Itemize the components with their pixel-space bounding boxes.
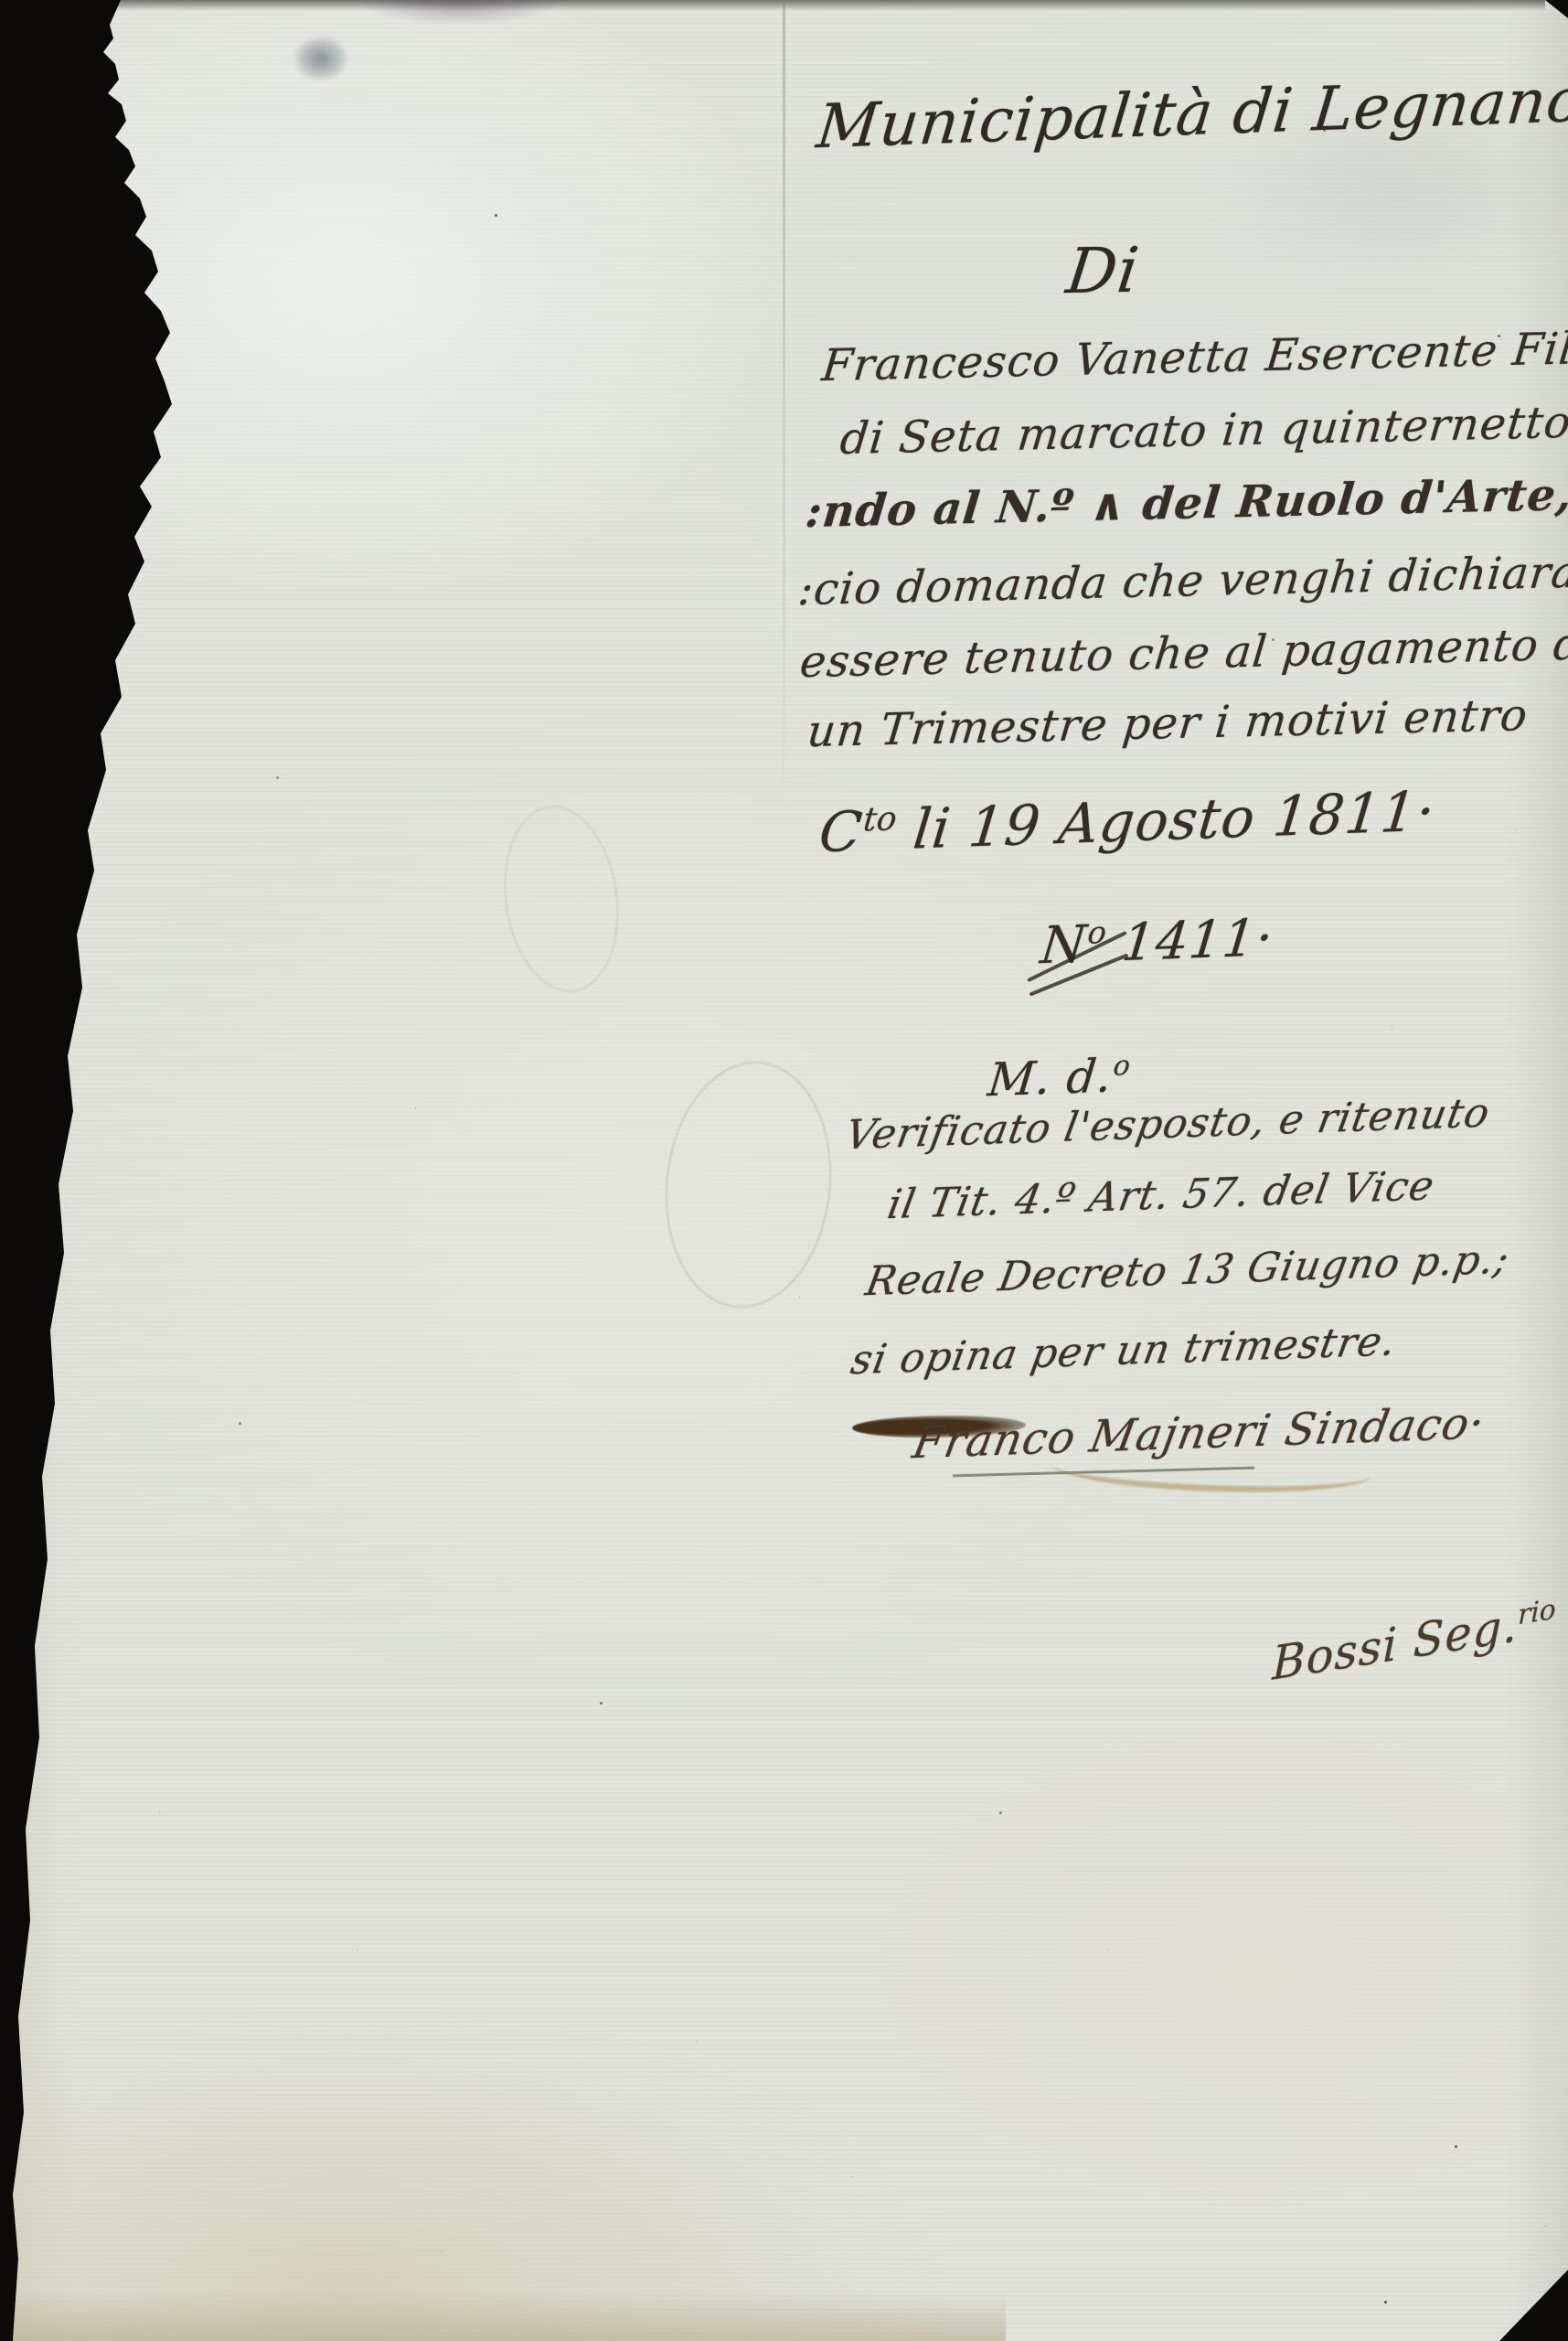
dateline-date: li 19 Agosto 1811· <box>892 779 1439 862</box>
petition-line-1: Francesco Vanetta Esercente Filanda <box>819 321 1568 392</box>
manuscript-photo: { "palette": { "background": "#0b0a08", … <box>0 0 1568 2341</box>
paper-specks <box>0 0 5 5</box>
document-title: Municipalità di Legnano <box>814 65 1568 163</box>
secretary-name: Bossi Seg. <box>1272 1598 1518 1690</box>
petition-line-3: :ndo al N.º ∧ del Ruolo d'Arte, e Commer… <box>803 463 1568 538</box>
paper-sheet: Municipalità di Legnano Di Francesco Van… <box>0 0 1568 2341</box>
protocol-n: N <box>1038 914 1090 976</box>
torn-top-edge-shading <box>117 0 1545 11</box>
dateline-place: C <box>816 799 866 865</box>
blue-ink-smudge <box>294 37 347 80</box>
paper-watermark-small <box>492 797 630 999</box>
document-subtitle-di: Di <box>1062 235 1143 309</box>
petition-line-4: :cio domanda che venghi dichiarato non <box>795 543 1568 615</box>
opinion-line-2: il Tit. 4.º Art. 57. del Vice <box>884 1162 1438 1228</box>
petition-line-6: un Trimestre per i motivi entro <box>805 689 1530 757</box>
secretary-superscript: rio <box>1518 1593 1556 1631</box>
secretary-signature: Bossi Seg.rio <box>1272 1592 1556 1691</box>
top-edge-ink-smudge <box>364 0 556 24</box>
opinion-line-1: Verificato l'esposto, e ritenuto <box>842 1089 1494 1159</box>
annotation-superscript: o <box>1112 1050 1132 1083</box>
annotation-base: M. d. <box>986 1049 1115 1106</box>
paper-watermark <box>653 1053 843 1316</box>
petition-line-2: di Seta marcato in quinternetto seco- <box>837 394 1568 465</box>
dateline-superscript: to <box>861 800 898 839</box>
vertical-fold-crease <box>783 0 785 841</box>
annotation-m-do: M. d.o <box>986 1049 1132 1107</box>
protocol-number: No 1411· <box>1038 908 1276 976</box>
protocol-value: 1411· <box>1102 908 1276 974</box>
petition-line-5: essere tenuto che al pagamento di <box>797 618 1568 688</box>
dateline: Cto li 19 Agosto 1811· <box>816 779 1439 865</box>
opinion-line-4: si opina per un trimestre. <box>848 1318 1400 1384</box>
bottom-edge-shading <box>0 2291 1006 2341</box>
opinion-line-3: Reale Decreto 13 Giugno p.p.; <box>862 1235 1513 1305</box>
